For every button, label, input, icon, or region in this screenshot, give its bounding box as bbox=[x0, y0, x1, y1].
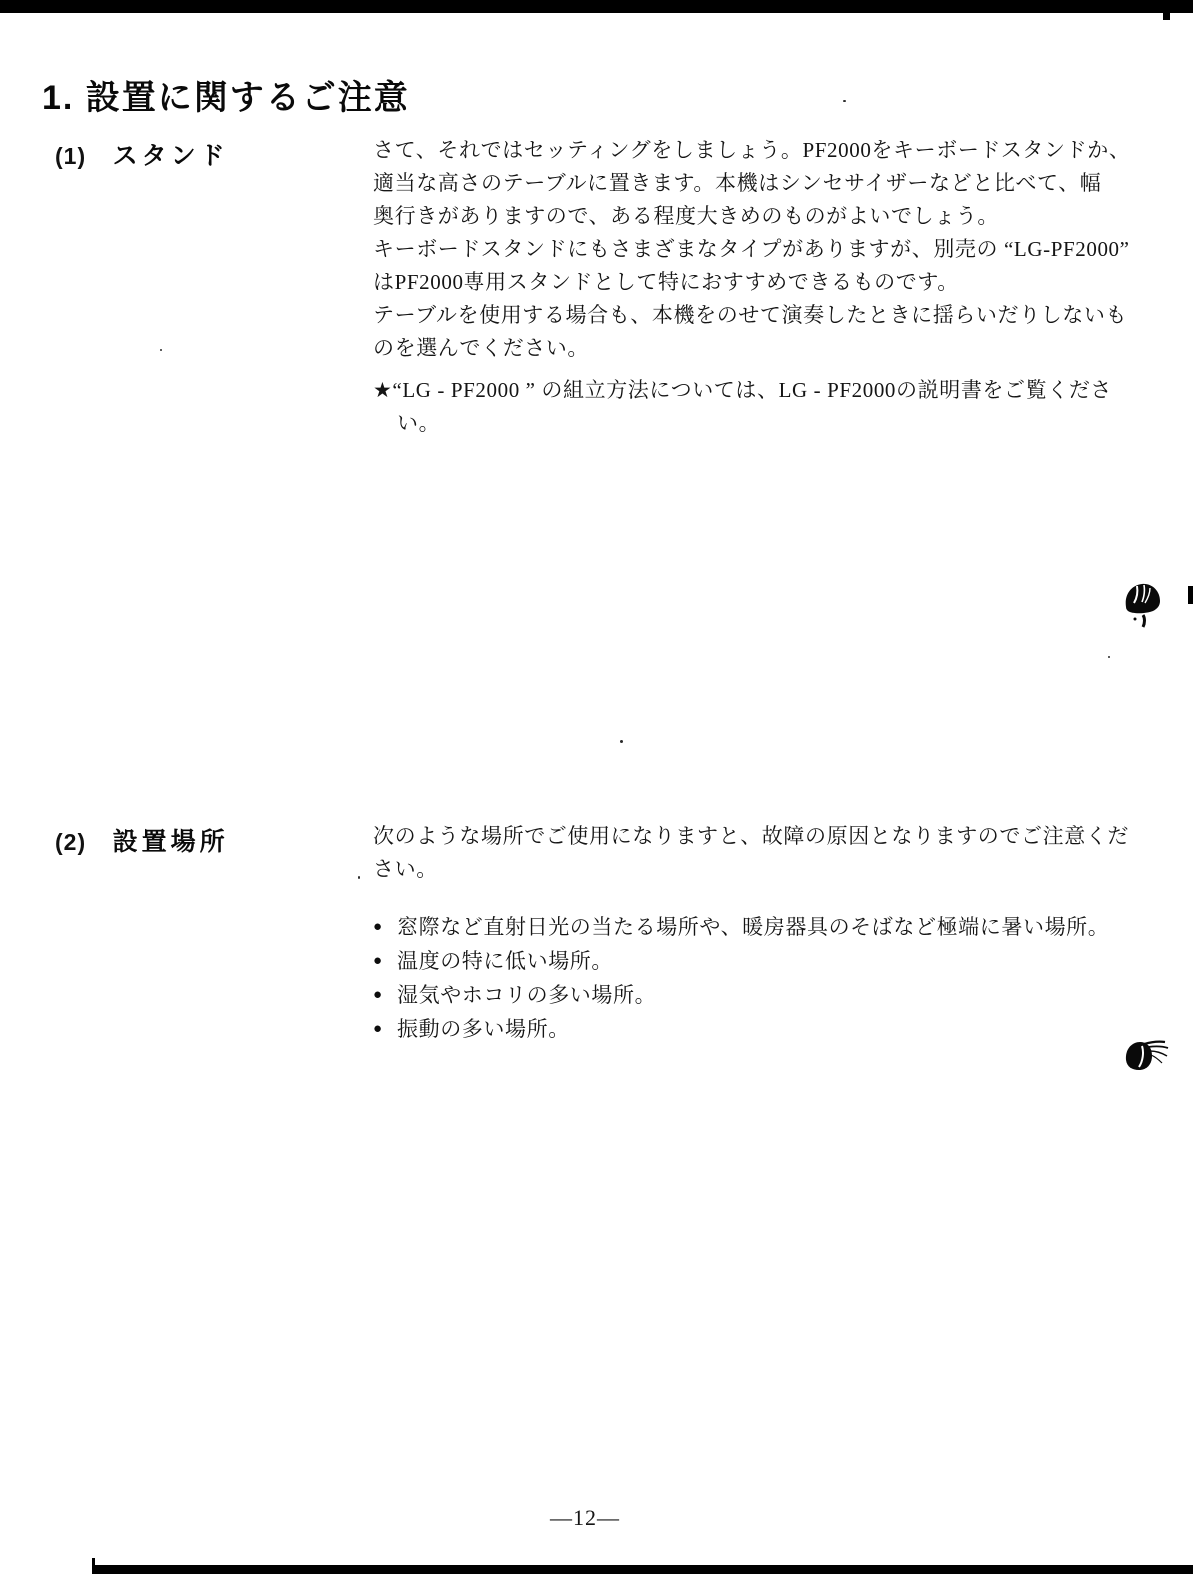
text-line: のを選んでください。 bbox=[373, 332, 1163, 365]
text-line: はPF2000専用スタンドとして特におすすめできるものです。 bbox=[373, 266, 1163, 299]
scan-speck bbox=[1108, 656, 1110, 658]
note-line: い。 bbox=[373, 407, 1163, 440]
section-2-title: 設置場所 bbox=[113, 828, 229, 856]
list-item: ● 湿気やホコリの多い場所。 bbox=[373, 978, 1163, 1012]
list-item-text: 湿気やホコリの多い場所。 bbox=[397, 978, 656, 1012]
text-line: キーボードスタンドにもさまざまなタイプがありますが、別売の “LG-PF2000… bbox=[373, 233, 1163, 266]
scan-edge-bar-bottom bbox=[92, 1565, 1193, 1574]
text-line: さい。 bbox=[373, 853, 1163, 886]
list-item-text: 振動の多い場所。 bbox=[397, 1012, 570, 1046]
page-title: 1. 設置に関するご注意 bbox=[42, 78, 410, 118]
scan-edge-mark bbox=[92, 1558, 95, 1565]
section-2-paragraph: 次のような場所でご使用になりますと、故障の原因となりますのでご注意くだ さい。 bbox=[373, 820, 1163, 886]
section-2-label: (2) 設置場所 bbox=[55, 822, 229, 858]
scan-edge-bar-top bbox=[0, 0, 1193, 13]
scan-edge-mark bbox=[1188, 586, 1193, 604]
list-item: ● 温度の特に低い場所。 bbox=[373, 944, 1163, 978]
scan-edge-mark bbox=[1163, 13, 1170, 20]
text-line: テーブルを使用する場合も、本機をのせて演奏したときに揺らいだりしないも bbox=[373, 299, 1163, 332]
section-1-label: (1) スタンド bbox=[55, 136, 229, 172]
list-item: ● 振動の多い場所。 bbox=[373, 1012, 1163, 1046]
bullet-icon: ● bbox=[373, 910, 397, 944]
section-1-title: スタンド bbox=[113, 142, 229, 170]
document-page: 1. 設置に関するご注意 (1) スタンド さて、それではセッティングをしましょ… bbox=[0, 0, 1193, 1574]
section-1-number: (1) bbox=[55, 143, 86, 169]
scan-speck bbox=[620, 740, 623, 743]
bullet-icon: ● bbox=[373, 1012, 397, 1046]
scan-speck bbox=[160, 349, 162, 351]
section-1-note: ★“LG - PF2000 ” の組立方法については、LG - PF2000の説… bbox=[373, 374, 1163, 440]
text-line: 奥行きがありますので、ある程度大きめのものがよいでしょう。 bbox=[373, 200, 1163, 233]
list-item-text: 温度の特に低い場所。 bbox=[397, 944, 613, 978]
list-item-text: 窓際など直射日光の当たる場所や、暖房器具のそばなど極端に暑い場所。 bbox=[397, 910, 1109, 944]
text-line: さて、それではセッティングをしましょう。PF2000をキーボードスタンドか、 bbox=[373, 134, 1163, 167]
ink-smudge-icon bbox=[1124, 1038, 1172, 1085]
list-item: ● 窓際など直射日光の当たる場所や、暖房器具のそばなど極端に暑い場所。 bbox=[373, 910, 1163, 944]
page-number: —12— bbox=[0, 1505, 1170, 1531]
scan-speck bbox=[843, 100, 846, 102]
text-line: 次のような場所でご使用になりますと、故障の原因となりますのでご注意くだ bbox=[373, 820, 1163, 853]
bullet-icon: ● bbox=[373, 944, 397, 978]
text-line: 適当な高さのテーブルに置きます。本機はシンセサイザーなどと比べて、幅 bbox=[373, 167, 1163, 200]
section-2-number: (2) bbox=[55, 829, 86, 855]
note-line: ★“LG - PF2000 ” の組立方法については、LG - PF2000の説… bbox=[373, 374, 1163, 407]
scan-speck bbox=[358, 876, 360, 879]
section-1-paragraph: さて、それではセッティングをしましょう。PF2000をキーボードスタンドか、 適… bbox=[373, 134, 1163, 365]
caution-list: ● 窓際など直射日光の当たる場所や、暖房器具のそばなど極端に暑い場所。 ● 温度… bbox=[373, 910, 1163, 1046]
ink-smudge-icon bbox=[1122, 582, 1164, 635]
bullet-icon: ● bbox=[373, 978, 397, 1012]
